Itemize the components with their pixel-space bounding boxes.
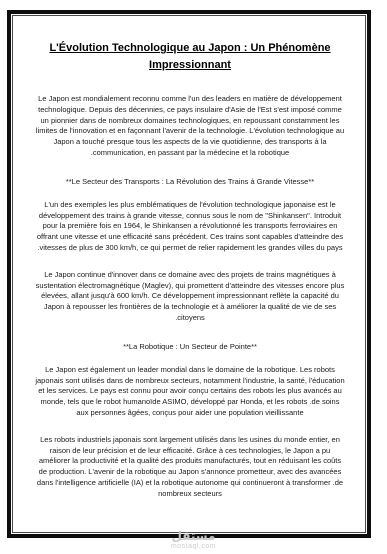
paragraph-robots: Le Japon est également un leader mondial… (35, 365, 345, 419)
section-heading-robotique: **La Robotique : Un Secteur de Pointe** (35, 341, 345, 352)
section-heading-transports: **Le Secteur des Transports : La Révolut… (35, 176, 345, 187)
mostaql-logo: مستقل (171, 530, 216, 542)
mostaql-domain-text: mostaql.com (171, 542, 216, 551)
paragraph-robots-industriels: Les robots industriels japonais sont lar… (35, 435, 345, 500)
paragraph-shinkansen: L'un des exemples les plus emblématiques… (35, 200, 345, 254)
paragraph-intro: Le Japon est mondialement reconnu comme … (35, 94, 345, 159)
document-body: L'Évolution Technologique au Japon : Un … (11, 14, 367, 534)
page-border-frame: L'Évolution Technologique au Japon : Un … (7, 10, 371, 538)
paragraph-maglev: Le Japon continue d'innover dans ce doma… (35, 270, 345, 324)
mostaql-watermark: مستقل mostaql.com (171, 530, 216, 551)
document-title: L'Évolution Technologique au Japon : Un … (35, 40, 345, 74)
